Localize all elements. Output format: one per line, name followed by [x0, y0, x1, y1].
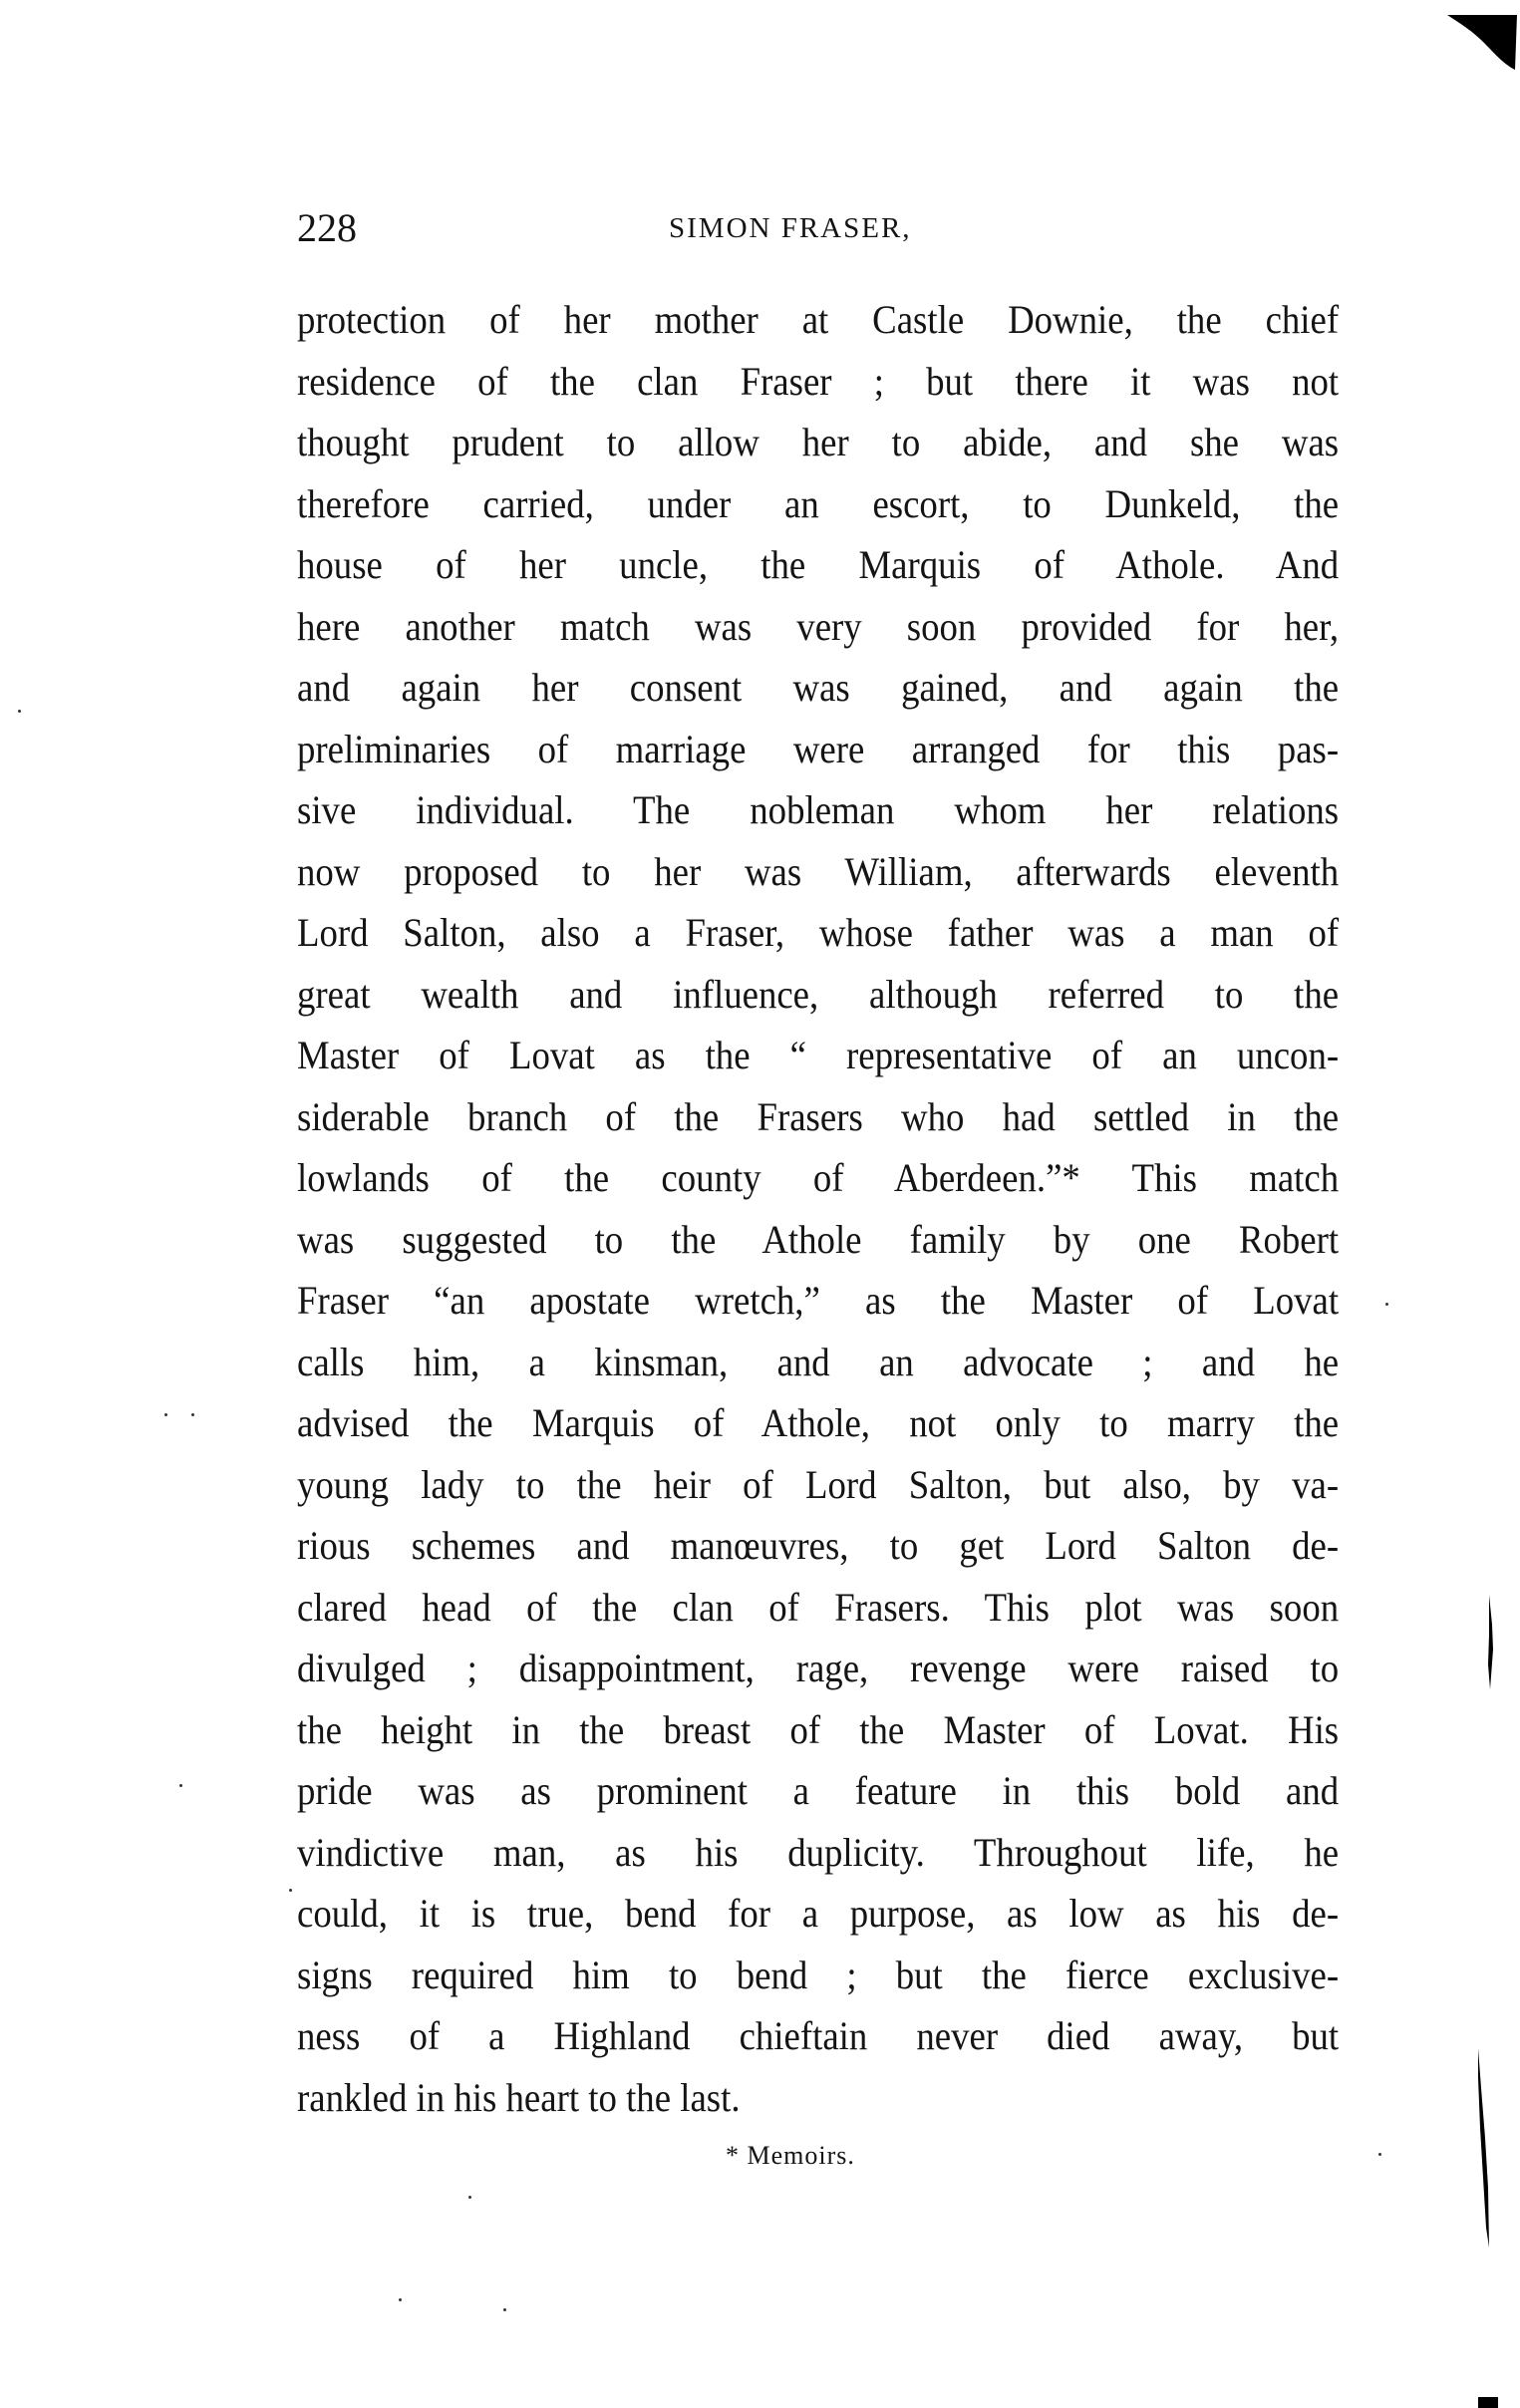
text-line: clared head of the clan of Frasers. This… — [297, 1577, 1339, 1639]
book-page: 228 SIMON FRASER, protection of her moth… — [0, 0, 1520, 2408]
text-line: Lord Salton, also a Fraser, whose father… — [297, 902, 1339, 964]
text-line: here another match was very soon provide… — [297, 596, 1339, 658]
text-line: sive individual. The nobleman whom her r… — [297, 779, 1339, 841]
scan-speck — [399, 2298, 402, 2301]
scan-speck — [289, 1889, 292, 1892]
scan-speck — [1385, 1303, 1388, 1306]
text-line: was suggested to the Athole family by on… — [297, 1209, 1339, 1271]
text-line: siderable branch of the Frasers who had … — [297, 1086, 1339, 1148]
text-line: preliminaries of marriage were arranged … — [297, 719, 1339, 780]
text-line: Fraser “an apostate wretch,” as the Mast… — [297, 1270, 1339, 1332]
scan-speck — [503, 2308, 506, 2311]
scan-speck-artifact — [1478, 2397, 1498, 2408]
text-line: thought prudent to allow her to abide, a… — [297, 412, 1339, 473]
text-line: therefore carried, under an escort, to D… — [297, 473, 1339, 535]
scan-speck — [191, 1413, 194, 1416]
footnote: * Memoirs. — [726, 2141, 855, 2171]
scan-speck — [468, 2196, 471, 2199]
text-line: rankled in his heart to the last. — [297, 2067, 1339, 2129]
text-line: Master of Lovat as the “ representative … — [297, 1025, 1339, 1086]
scan-corner-artifact — [1445, 12, 1520, 72]
running-title: SIMON FRASER, — [669, 212, 912, 245]
text-line: advised the Marquis of Athole, not only … — [297, 1392, 1339, 1454]
text-line: lowlands of the county of Aberdeen.”* Th… — [297, 1147, 1339, 1209]
scan-speck — [164, 1413, 167, 1416]
text-line: great wealth and influence, although ref… — [297, 964, 1339, 1026]
text-line: the height in the breast of the Master o… — [297, 1699, 1339, 1761]
text-line: could, it is true, bend for a purpose, a… — [297, 1883, 1339, 1945]
text-line: pride was as prominent a feature in this… — [297, 1760, 1339, 1822]
running-head: 228 SIMON FRASER, — [297, 204, 1344, 254]
page-number: 228 — [297, 204, 357, 251]
text-line: house of her uncle, the Marquis of Athol… — [297, 534, 1339, 596]
text-line: young lady to the heir of Lord Salton, b… — [297, 1454, 1339, 1516]
text-line: signs required him to bend ; but the fie… — [297, 1945, 1339, 2006]
text-line: ness of a Highland chieftain never died … — [297, 2005, 1339, 2067]
scan-speck — [1378, 2153, 1381, 2156]
text-line: vindictive man, as his duplicity. Throug… — [297, 1822, 1339, 1884]
scan-edge-artifact — [1487, 1595, 1495, 1694]
text-line: residence of the clan Fraser ; but there… — [297, 351, 1339, 413]
text-line: calls him, a kinsman, and an advocate ; … — [297, 1332, 1339, 1393]
scan-speck — [179, 1784, 182, 1787]
scan-edge-artifact — [1477, 2048, 1489, 2253]
text-line: divulged ; disappointment, rage, revenge… — [297, 1638, 1339, 1699]
text-line: rious schemes and manœuvres, to get Lord… — [297, 1515, 1339, 1577]
scan-speck — [18, 710, 21, 713]
body-paragraph: protection of her mother at Castle Downi… — [297, 289, 1339, 2128]
text-line: and again her consent was gained, and ag… — [297, 657, 1339, 719]
text-line: protection of her mother at Castle Downi… — [297, 289, 1339, 351]
text-line: now proposed to her was William, afterwa… — [297, 841, 1339, 903]
